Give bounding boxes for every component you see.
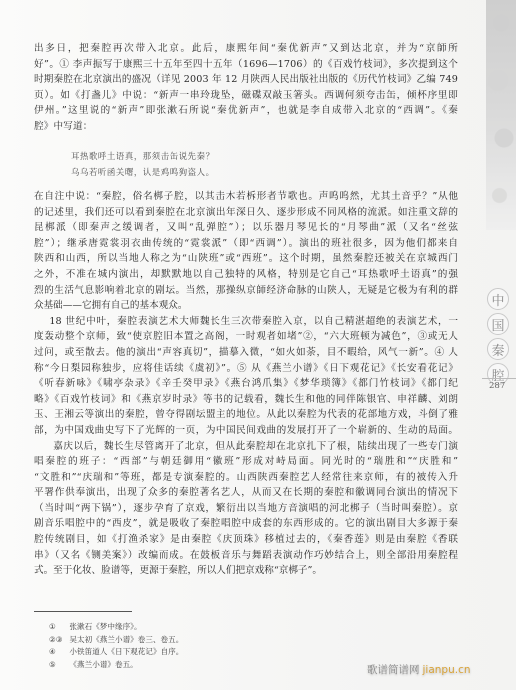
footnote-divider	[34, 611, 132, 612]
text-line: “文胜和”“庆瑞和”等班，都是专演秦腔的。山西陕西秦腔艺人经常往来京师，有的被传…	[34, 470, 458, 486]
text-line: 略》《百戏竹枝词》和《燕京岁时录》等书的记载看，魏长生和他的同伴陈银官、申祥麟、…	[34, 392, 458, 408]
watermark-site: jianpu.cn	[423, 664, 471, 676]
text-line: 腔传统剧目，如《打渔杀家》是由秦腔《庆顶珠》移植过去的，《秦香莲》则是由秦腔《香…	[34, 532, 458, 548]
text-line: 部，为中国戏曲史写下了光辉的一页，为中国民间戏曲的发展打开了一个崭新的、生动的局…	[34, 423, 458, 439]
text-line: 玉、王湘云等演出的秦腔，曾夺得剧坛盟主的地位。从此以秦腔为代表的花部地方戏，斗倒…	[34, 407, 458, 423]
decorative-pattern-band	[486, 0, 516, 230]
text-line: 众基础——它拥有自己的基本观众。	[34, 298, 458, 314]
text-line: 剧音乐唱腔中的“西皮”，就是吸收了秦腔唱腔中成套的东西形成的。它的演出剧目大多源…	[34, 516, 458, 532]
text-line: 串》（又名《铡美案》）改编而成。在鼓板音乐与舞蹈表演动作巧妙结合上，则全部沿用秦…	[34, 548, 458, 564]
text-line: 之外，不准在城内演出，却默默地以自己独特的风格，特别是它自己“耳热歌呼土语真”的…	[34, 267, 458, 283]
footnote-text: 小铁笛道人《日下观花记》自序。	[69, 647, 183, 656]
footnote-text: 吴太初《燕兰小谱》卷三、卷五。	[69, 635, 183, 644]
text-line: 的记述里，我们还可以看到秦腔在北京演出年深日久、逐步形成不同风格的流派。如注重文…	[34, 205, 458, 221]
text-line: 烈的生活气息影响着北京的剧坛。当然，那操纵京師经济命脉的山陕人，无疑是它极为有利…	[34, 283, 458, 299]
footnote: ②③ 吴太初《燕兰小谱》卷三、卷五。	[49, 634, 183, 647]
text-line: 式。至于化妆、脸谱等，更源于秦腔，所以人们把京戏称“京梆子”。	[34, 563, 458, 579]
footnote: ④ 小铁笛道人《日下观花记》自序。	[49, 646, 183, 659]
text-line: 唱秦腔的班子：“西部”与朝廷御用“徽班”形成对峙局面。同光时的“瑞胜和”“庆胜和…	[34, 454, 458, 470]
text-line: 嘉庆以后，魏长生尽管离开了北京，但从此秦腔却在北京扎下了根，陆续出现了一些专门演	[34, 439, 458, 455]
poem-quote: 耳热歌呼土语真，那须击缶说先秦？ 乌乌若听函关曙，认是鸡鸣狗盗人。	[71, 148, 215, 180]
paragraph-4: 嘉庆以后，魏长生尽管离开了北京，但从此秦腔却在北京扎下了根，陆续出现了一些专门演…	[34, 439, 458, 579]
footnotes: ① 张漱石《梦中缘序》。 ②③ 吴太初《燕兰小谱》卷三、卷五。 ④ 小铁笛道人《…	[49, 621, 183, 671]
side-divider	[482, 378, 516, 379]
text-line: 页）。如《打盏儿》中说：“新声一串玲珑坠，磁碟双敲玉箸头。西调何须夸击缶，倾杯序…	[34, 88, 458, 104]
text-line: （当时叫“两下锅”），逐步孕育了京戏，繁衍出以当地方音演唱的河北梆子（当时叫秦腔…	[34, 501, 458, 517]
text-line: 陕西和山西，所以当地人称之为“山陕班”或“西班”。这个时期，虽然秦腔还被关在京城…	[34, 251, 458, 267]
text-line: 伊州。”这里说的“新声”即张漱石所说“秦优新声”，也就是李自成带入北京的“西调”…	[34, 103, 458, 119]
text-line: 平署作供奉演出，出现了众多的秦腔著名艺人，从而又在长期的秦腔和徽调同台演出的情况…	[34, 485, 458, 501]
text-line: 过问，或至散去。他的演出“声容真切”，描摹入微，“如火如荼，目不暇给，风气一新”…	[34, 345, 458, 361]
footnote-mark: ①	[49, 621, 67, 634]
page-number: 287	[489, 381, 505, 391]
book-page: 中 国 秦 腔 287 出多日，把秦腔再次带入北京。此后，康熙年间“秦优新声”又…	[0, 0, 516, 690]
side-title-char: 秦	[487, 338, 509, 360]
poem-line: 耳热歌呼土语真，那须击缶说先秦？	[71, 148, 215, 164]
footnote-mark: ④	[49, 646, 67, 659]
text-line: 在自注中说：“秦腔，俗名梆子腔，以其击木若柝形者节歌也。声呜呜然，尤其土音乎？”…	[34, 189, 458, 205]
side-title-char: 中	[487, 288, 509, 310]
paragraph-1: 出多日，把秦腔再次带入北京。此后，康熙年间“秦优新声”又到达北京，并为“京師所 …	[34, 41, 458, 135]
text-line: 度轰动整个京师，致“使京腔旧本置之高阁，一时观者如堵”②，“六大班顿为减色”，③…	[34, 329, 458, 345]
footnote-text: 张漱石《梦中缘序》。	[69, 622, 141, 631]
paragraph-3: 18 世纪中叶，秦腔表演艺术大师魏长生三次带秦腔入京，以自己精湛超绝的表演艺术，…	[34, 314, 458, 439]
footnote-mark: ⑤	[49, 659, 67, 672]
text-line: 好”。① 李声振写于康熙三十五年至四十五年（1696—1706）的《百戏竹枝词》…	[34, 57, 458, 73]
main-text-block: 在自注中说：“秦腔，俗名梆子腔，以其击木若柝形者节歌也。声呜呜然，尤其土音乎？”…	[34, 189, 458, 579]
text-line: 腔”）；继承唐霓裳羽衣曲传统的“霓裳派”（即“西调”）。演出的班社很多，因为他们…	[34, 236, 458, 252]
text-line: 18 世纪中叶，秦腔表演艺术大师魏长生三次带秦腔入京，以自己精湛超绝的表演艺术，…	[34, 314, 458, 330]
watermark-label: 歌谱简谱网	[367, 664, 420, 676]
footnote-text: 《燕兰小谱》卷五。	[69, 660, 137, 669]
text-line: 腔》中写道：	[34, 119, 458, 135]
text-line: 《听春新咏》《啸亭杂录》《辛壬癸甲录》《燕台鸿爪集》《梦华琐簿》《都门竹枝词》《…	[34, 376, 458, 392]
side-title-char: 国	[487, 313, 509, 335]
poem-line: 乌乌若听函关曙，认是鸡鸣狗盗人。	[71, 164, 215, 180]
text-line: 出多日，把秦腔再次带入北京。此后，康熙年间“秦优新声”又到达北京，并为“京師所	[34, 41, 458, 57]
footnote: ⑤ 《燕兰小谱》卷五。	[49, 659, 183, 672]
paragraph-2: 在自注中说：“秦腔，俗名梆子腔，以其击木若柝形者节歌也。声呜呜然，尤其土音乎？”…	[34, 189, 458, 314]
side-title: 中 国 秦 腔	[487, 288, 509, 385]
text-line: 称“今日梨园称独步，应将佳话续《虞初》”。⑤ 从《燕兰小谱》《日下观花记》《长安…	[34, 361, 458, 377]
watermark: 歌谱简谱网jianpu.cn	[367, 662, 471, 677]
text-line: 时期秦腔在北京演出的盛况（详见 2003 年 12 月陕西人民出版社出版的《历代…	[34, 72, 458, 88]
text-line: 昆梆派（即秦声之缓调者，又叫“乱弹腔”）；以乐器月琴见长的“月琴曲”派（又名“丝…	[34, 220, 458, 236]
footnote: ① 张漱石《梦中缘序》。	[49, 621, 183, 634]
footnote-mark: ②③	[49, 634, 67, 647]
